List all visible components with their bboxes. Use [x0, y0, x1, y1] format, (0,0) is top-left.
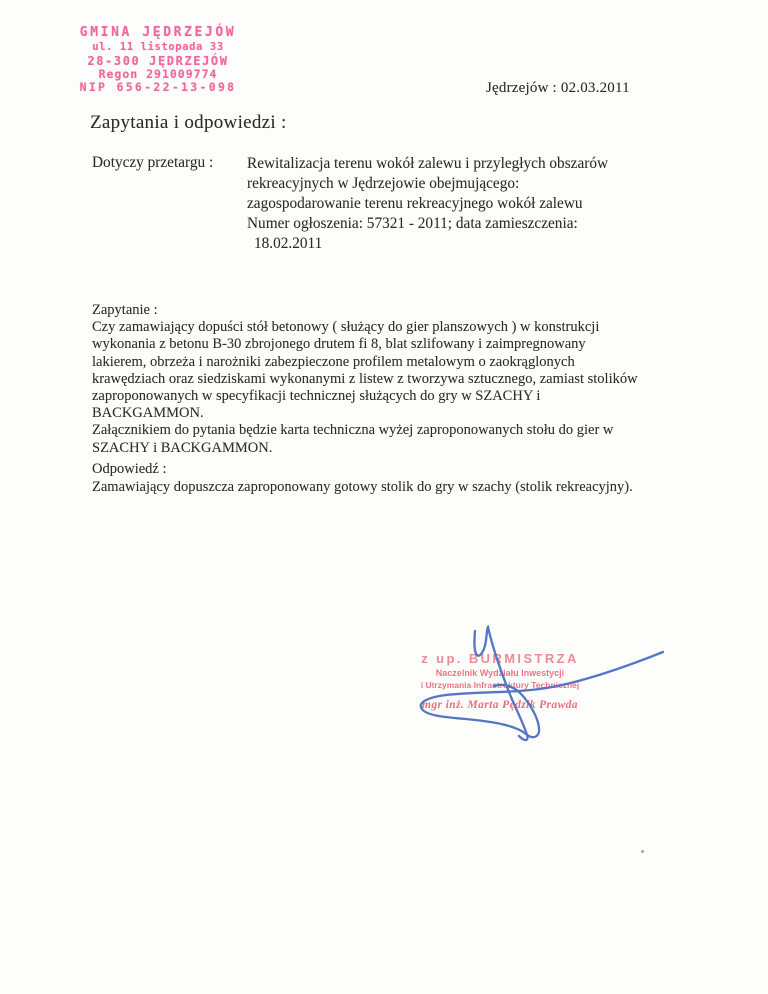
question-line: BACKGAMMON. — [92, 405, 717, 422]
subject-line: Rewitalizacja terenu wokół zalewu i przy… — [247, 154, 717, 174]
sender-regon: Regon 291009774 — [68, 69, 248, 81]
subject-label: Dotyczy przetargu : — [92, 154, 213, 172]
scanned-letter-page: GMINA JĘDRZEJÓW ul. 11 listopada 33 28-3… — [0, 0, 768, 994]
sender-nip: NIP 656-22-13-098 — [68, 82, 248, 94]
sender-address-stamp: GMINA JĘDRZEJÓW ul. 11 listopada 33 28-3… — [68, 26, 248, 94]
question-heading: Zapytanie : — [92, 302, 717, 319]
sender-name: GMINA JĘDRZEJÓW — [68, 26, 248, 39]
subject-line: rekreacyjnych w Jędrzejowie obejmującego… — [247, 174, 717, 194]
question-line: SZACHY i BACKGAMMON. — [92, 440, 717, 457]
question-line: krawędziach oraz siedziskami wykonanymi … — [92, 371, 717, 388]
sender-street: ul. 11 listopada 33 — [68, 42, 248, 53]
subject-description: Rewitalizacja terenu wokół zalewu i przy… — [247, 154, 717, 254]
question-line: Czy zamawiający dopuści stół betonowy ( … — [92, 319, 717, 336]
question-line: wykonania z betonu B-30 zbrojonego drute… — [92, 336, 717, 353]
question-line: Załącznikiem do pytania będzie karta tec… — [92, 422, 717, 439]
answer-line: Zamawiający dopuszcza zaproponowany goto… — [92, 479, 717, 497]
question-section: Zapytanie : Czy zamawiający dopuści stół… — [92, 302, 717, 457]
scan-speck — [641, 850, 644, 853]
answer-heading: Odpowiedź : — [92, 461, 717, 479]
subject-line: zagospodarowanie terenu rekreacyjnego wo… — [247, 194, 717, 214]
subject-line: Numer ogłoszenia: 57321 - 2011; data zam… — [247, 214, 717, 234]
answer-section: Odpowiedź : Zamawiający dopuszcza zaprop… — [92, 461, 717, 496]
question-line: lakierem, obrzeża i narożniki zabezpiecz… — [92, 354, 717, 371]
question-line: zaproponowanych w specyfikacji techniczn… — [92, 388, 717, 405]
place-and-date: Jędrzejów : 02.03.2011 — [486, 80, 630, 97]
handwritten-signature-ink — [340, 598, 670, 748]
sender-city: 28-300 JĘDRZEJÓW — [68, 55, 248, 67]
subject-line: 18.02.2011 — [247, 234, 717, 254]
page-title: Zapytania i odpowiedzi : — [90, 112, 287, 134]
